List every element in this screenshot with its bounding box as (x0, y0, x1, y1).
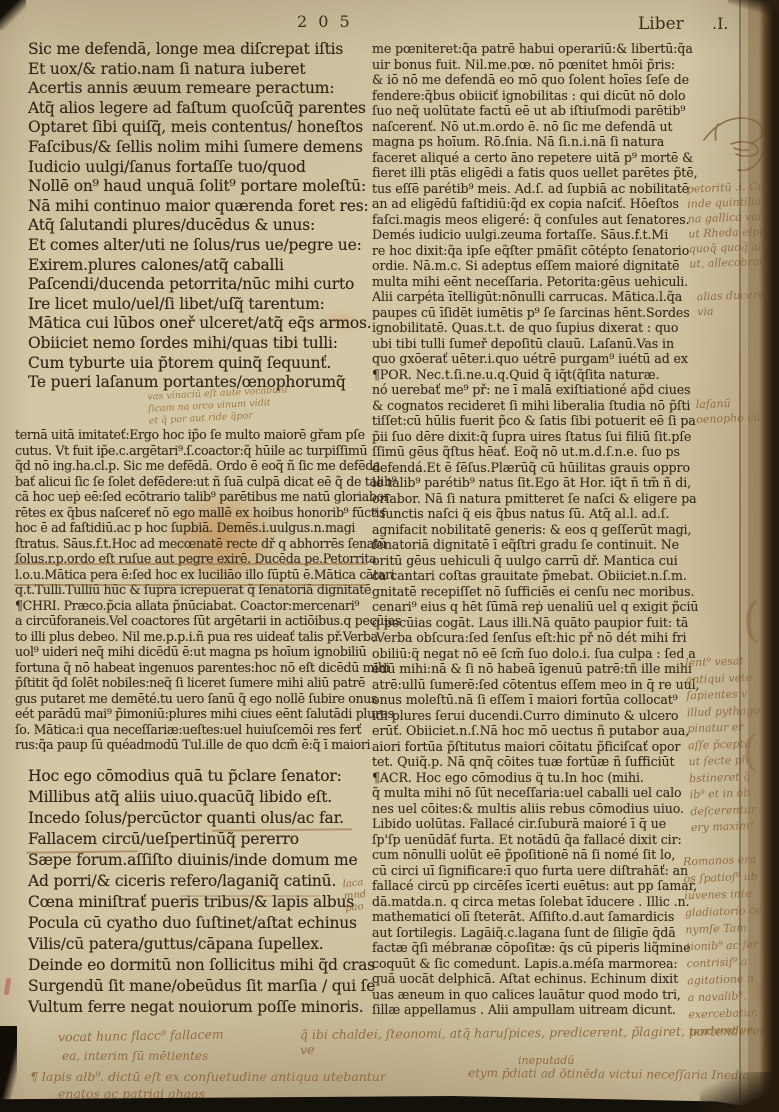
commentary-line: cutus. Vt fuit ip̃e.c.argētari⁹.ſ.coacto… (15, 443, 401, 459)
commentary-line: a circūforaneis.Vel coactores ſūt argēta… (15, 613, 401, 629)
commentary-line: ſuo neq̃ uolūtate factū eē ut ab iſtiuſm… (372, 103, 699, 119)
scan-corner-top-right (728, 0, 779, 15)
commentary-line: ca cantari coſtas grauitate p̃mebat. Obi… (372, 568, 699, 584)
commentary-line: ¶CHRI. Præco.p̃cia allata p̃nūciabat. Co… (15, 598, 401, 614)
commentary-line: mathematici olī ſteterāt. Aſſiſto.d.aut … (372, 909, 699, 925)
commentary-line: ordie. Nā.m.c. Si adeptus eſſem maioré d… (372, 258, 699, 274)
commentary-line: to illi plus debeo. Nil me.p.p.i.ñ pua r… (15, 629, 401, 645)
scan-corner-top-left (0, 0, 26, 30)
commentary-line: nes uel cōites:& multis aliis rebus cōmo… (372, 801, 699, 817)
commentary-line: fortuna q̃ nō habeat ingenuos parentes:h… (15, 660, 401, 676)
commentary-line: ſtratus. Sāus.f.t.Hoc ad mecœnatē recte … (15, 536, 401, 552)
commentary-line: & cognatos recideret ſi mihi liberalia ſ… (372, 398, 699, 414)
commentary-line: aiori fortūa p̃ſtitutus maiori cōitatu p… (372, 739, 699, 755)
bottom-note-1b: q̃ ibi chaldei, ſteonomi, atq̃ haruſpice… (300, 1023, 779, 1057)
verse-line: Et comes alter/uti ne ſolus/rus ue/pegre… (28, 236, 371, 256)
bottom-note-2: ea, interim ſū mētientes (62, 1049, 208, 1063)
bottom-note-3a: ¶ lapis alb⁹. dictū eſt ex conſuetudine … (30, 1069, 386, 1084)
commentary-line: ¶ACR. Hoc ego cōmodius q̈ tu.In hoc (mih… (372, 770, 699, 786)
commentary-line: multa mihi eēnt neceſſaria. Petorita:gēu… (372, 274, 699, 290)
verse-line: Exirem.plures calones/atq̃ caballi (28, 256, 371, 276)
commentary-line: nó uerebať me⁹ př: ne ī malā exiſtiation… (372, 382, 699, 398)
bottom-note-insertion: ineputadū (518, 1054, 574, 1067)
commentary-line: ternā uitā imitateť:Ergo hoc ip̃o ſe mul… (15, 427, 401, 443)
verse-line: Sic me defendā, longe mea diſcrepat iſti… (28, 40, 371, 60)
commentary-line: faſci.magis meos eligeré: q̈ conſules au… (372, 212, 699, 228)
commentary-line: bať alicui ſic ſe ſolet defēdere:ut ñ ſu… (15, 474, 401, 490)
poem-passage-bottom: Hoc ego cōmodius quā tu p̃clare ſenator:… (28, 766, 375, 1018)
verse-line: Iudicio uulgi/ſanus fortaſſe tuo/quod (28, 158, 371, 178)
verse-line: Pocula cū cyatho duo ſuſtinet/aſtat echi… (28, 913, 375, 934)
commentary-line: dā.matda.n. q circa metas ſolebat īducer… (372, 894, 699, 910)
commentary-line: agnifacit nobilitatē generis: & eos q ge… (372, 522, 699, 538)
commentary-line: naſcerenť. Nō ut.m.ordo ē. nō ſic me def… (372, 119, 699, 135)
commentary-line: rētes ex q̃bus naſcereť nō ego mallē ex … (15, 505, 401, 521)
commentary-line: gnitatē recepiſſet nō ſufficiēs ei cenſu… (372, 584, 699, 600)
commentary-line: fallacé circū pp circēſes īcerti euētus:… (372, 878, 699, 894)
commentary-line: eét parādū mai⁹ p̃imoniū:plures mihi ciu… (15, 706, 401, 722)
commentary-line: .Verba obſcura:ſed ſenſus eſt:hic př nō … (372, 630, 699, 646)
verse-line: Et uox/& ratio.nam ſi natura iuberet (28, 60, 371, 80)
commentary-line: ubi tibi tulli ſumeř depoſitū clauū. Laſ… (372, 336, 699, 352)
commentary-line: uir bonus fuit. Nil.me.pœ. nō pœnitet hm… (372, 57, 699, 73)
commentary-line: q̃d nō ing.ha.cl.p. Sic me defēdā. Ordo … (15, 458, 401, 474)
commentary-line: tus eſſē parétib⁹ meis. Ad.ſ. ad ſupbiā … (372, 181, 699, 197)
verse-line: Nā mihi continuo maior quærenda foret re… (28, 197, 371, 217)
commentary-line: coquūt & ſic comedunt. Lapis.a.méſa marm… (372, 956, 699, 972)
commentary-line: Libido uolūtas. Fallacé cir.ſuburā maior… (372, 816, 699, 832)
scan-corner-bottom-right (700, 1072, 779, 1112)
commentary-line: idi plures ſerui ducendi.Curro diminuto … (372, 708, 699, 724)
commentary-line: oriabor. Nā ſi natura pmitteret ſe naſci… (372, 491, 699, 507)
commentary-line: Demés iudicio uulgi.zeuma fortaſſe. Sāus… (372, 227, 699, 243)
commentary-line: ſenatoriā dignitatē ī eq̃ſtri gradu ſe c… (372, 537, 699, 553)
commentary-line: cenari⁹ eius q hēt ſūmā reṗ uenaliū uel … (372, 599, 699, 615)
commentary-line: obiliū:q̈ negat nō eē ſcm̃ ſuo dolo.i. ſ… (372, 646, 699, 662)
commentary-line: q pecūias cogāt. Laus illi.Nā quāto paup… (372, 615, 699, 631)
commentary-line: cā hoc ueṗ eē:ſed ecōtrario talib⁹ parēt… (15, 489, 401, 505)
verse-line: Fallacem circū/ueſpertinūq̃ pererro (28, 829, 375, 850)
commentary-line: uas æneum in quo calices lauātur quod mo… (372, 987, 699, 1003)
ink-rule (14, 563, 368, 565)
verse-line: Faſcibus/& ſellis nolim mihi ſumere deme… (28, 138, 371, 158)
scan-bottom-band (0, 1096, 779, 1112)
commentary-line: aut ſortilegis. Lagāiq̃.c.lagana ſunt de… (372, 925, 699, 941)
commentary-line: ſp'ſp uenūdāť furta. Et notādū q̃a falla… (372, 832, 699, 848)
page-number: 2 0 5 (297, 12, 353, 31)
commentary-line: ſo. Mātica:i qua neceſſariæ:ueſtes:uel h… (15, 722, 401, 738)
margin-note-laca: lacamndpao (342, 877, 368, 915)
book-page-scan: 2 0 5 Liber .I. Sic me defendā, longe me… (0, 0, 779, 1112)
commentary-line: quā uocāt delphicā. Aſtat echinus. Echin… (372, 971, 699, 987)
verse-line: Nollē on⁹ haud unquā ſolit⁹ portare mole… (28, 177, 371, 197)
verse-line: Millibus atq̃ aliis uiuo.quacūq̃ libido … (28, 787, 375, 808)
commentary-line: faceret aliqué a certo āno repetere uitā… (372, 150, 699, 166)
commentary-line: ſſimū gēus q̃ſtus hēať. Eoq̃ nō ut.m.d.ſ… (372, 444, 699, 460)
commentary-line: hoc ē ad faſtidiū.ac p hoc ſupbiā. Demēs… (15, 520, 401, 536)
running-title: Liber (638, 14, 684, 34)
commentary-line: erūť. Obiiciet.n.ſ.Nā hoc mō uectus ñ pu… (372, 723, 699, 739)
commentary-line: ſillæ appellamus . Alii ampullam uitream… (372, 1002, 699, 1018)
page-fore-edge (739, 0, 779, 1112)
verse-line: Incedo ſolus/percūctor quanti olus/ac fa… (28, 808, 375, 829)
commentary-line: Alii carpéta ītelligūt:nōnulli carrucas.… (372, 289, 699, 305)
verse-line: Cum tyburte uia p̃torem quinq̃ ſequunť. (28, 354, 371, 374)
commentary-line: oritū gēus uehiculi q̃ uulgo carrū dř. M… (372, 553, 699, 569)
commentary-line: ⁹ functis naſci q̈ eis q̃bus natus ſū. A… (372, 506, 699, 522)
commentary-line: rus:q̃a paup ſū quéadmodū Tul.ille de qu… (15, 737, 401, 753)
verse-line: Deinde eo dormitū non ſollicitus mihi q̃… (28, 955, 375, 976)
ink-rule (14, 584, 368, 586)
poem-passage-top: Sic me defendā, longe mea diſcrepat iſti… (28, 40, 371, 393)
commentary-line: defendá.Et ē ſēſus.Plærūq̃ cū hūilitas g… (372, 460, 699, 476)
verse-line: Atq̃ ſalutandi plures/ducēdus & unus: (28, 216, 371, 236)
verse-line: Surgendū ſit mane/obeūdus ſit marſia / q… (28, 976, 375, 997)
commentary-line: paupes cū īſidēt iumētis p⁹ ſe ſarcinas … (372, 305, 699, 321)
commentary-line: gus putaret me demēté.tu uero ſanū q̃ eg… (15, 691, 401, 707)
handwritten-line: pao (345, 901, 368, 915)
verse-line: Vilis/cū patera/guttus/cāpana ſupellex. (28, 934, 375, 955)
verse-line: Hoc ego cōmodius quā tu p̃clare ſenator: (28, 766, 375, 787)
verse-line: Atq̃ alios legere ad faſtum quoſcūq̃ par… (28, 99, 371, 119)
commentary-left-column: ternā uitā imitateť:Ergo hoc ip̃o ſe mul… (15, 427, 401, 753)
commentary-line: uol⁹ uideri neq̃ mihi dicēdū ē:ut magna … (15, 644, 401, 660)
book-number: .I. (712, 14, 729, 33)
commentary-line: & iō nō me defendā eo mō quo ſolent hoīe… (372, 72, 699, 88)
commentary-line: onus moleſtū.nā ſi eſſem ī maiori fortūa… (372, 692, 699, 708)
commentary-line: fendere:q̃bus obiiciť ignobilitas : qui … (372, 88, 699, 104)
commentary-line: me pœniteret:q̃a patrē habui operariū:& … (372, 41, 699, 57)
commentary-line: p̃ſtitit q̃d ſolēt nobiles:neq̃ ſi licer… (15, 675, 401, 691)
verse-line: Ire licet mulo/uel/ſi libet/uſq̃ tarentu… (28, 295, 371, 315)
commentary-line: factæ q̄ſi mébranæ cōpoſitæ: q̄s cū pipe… (372, 940, 699, 956)
commentary-line: tiſſet:cū hūlis fuerit p̃co & ſatis ſibi… (372, 413, 699, 429)
verse-line: Acertis annis æuum remeare peractum: (28, 79, 371, 99)
commentary-line: magna ps hoīum. Rō.ſnia. Nā ſi.n.i.nā ſi… (372, 134, 699, 150)
commentary-line: q̃ multa mihi nō ſūt neceſſaria:uel caba… (372, 785, 699, 801)
commentary-line: quo gxōerať uēter.i.quo uétrē purgam⁹ iu… (372, 351, 699, 367)
commentary-line: re hoc dixit:q̃a ipſe eq̃ſter pmāſit cōt… (372, 243, 699, 259)
commentary-line: ignobilitatē. Quas.t.t. de quo ſupius di… (372, 320, 699, 336)
commentary-line: l.o.u.Mātica pera ē:ſed hoc ex luciliāo … (15, 567, 401, 583)
commentary-line: p̃ii ſuo dēre dixit:q̃ ſupra uires ſtatu… (372, 429, 699, 445)
verse-line: Mātica cui lūbos oneř ulceret/atq̃ eq̄s … (28, 314, 371, 334)
commentary-line: ¶POR. Nec.t.ſi.ne.u.q.Quid q̃ iq̃t(q̃ſit… (372, 367, 699, 383)
verse-line: Ad porri/& ciceris refero/laganiq̃ catin… (28, 871, 375, 892)
verse-line: Vultum ferre negat nouiorum poſſe minori… (28, 997, 375, 1018)
red-chalk-mark (4, 978, 12, 996)
commentary-line: atrē:ullū ſumerē:ſed cōtentus eſſem meo … (372, 677, 699, 693)
commentary-line: fieret illi ptās eligēdi a fatis quos ue… (372, 165, 699, 181)
bottom-note-1a: vocat hunc flacc⁹ fallacem (58, 1027, 224, 1045)
verse-line: Obiiciet nemo ſordes mihi/quas tibi tull… (28, 334, 371, 354)
commentary-line: le talib⁹ parétib⁹ natus ſit.Ego āt Hor.… (372, 475, 699, 491)
verse-line: Optaret ſibi quiſq̃, meis contentus/ hon… (28, 118, 371, 138)
commentary-line: an ad eligēdū faſtidiū:q̃d ex copia naſc… (372, 196, 699, 212)
underline-mark (180, 895, 320, 897)
verse-line: Sæpe forum.aſſiſto diuinis/inde domum me (28, 850, 375, 871)
commentary-line: tet. Quiq̃.p. Nā qnq̃ cōites tuæ fortūæ … (372, 754, 699, 770)
commentary-line: cum nōnulli uolūt eē p̃poſitionē nā ſi n… (372, 847, 699, 863)
commentary-line: ēdū mihi:nā & ſi nō habeā īgenuū patrē:t… (372, 661, 699, 677)
commentary-right-column: me pœniteret:q̃a patrē habui operariū:& … (372, 41, 699, 1018)
verse-line: Paſcendi/ducenda petorrita/nūc mihi curt… (28, 275, 371, 295)
interlinear-annotation: vas vinaciū eſt aute vocabulūſicam na or… (147, 384, 289, 427)
commentary-line: cū circi uī ſignificare:ī quo furta uere… (372, 863, 699, 879)
